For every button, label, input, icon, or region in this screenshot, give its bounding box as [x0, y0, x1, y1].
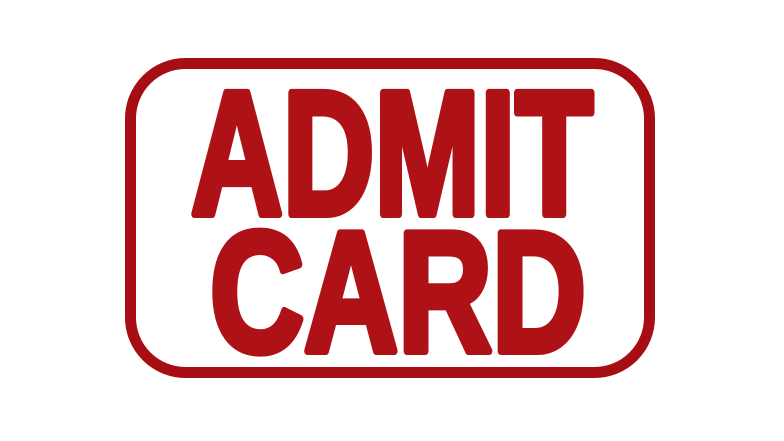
admit-card-graphic: ADMIT CARD: [0, 0, 784, 441]
admit-card-stamp: ADMIT CARD: [0, 0, 784, 441]
stamp-line-card: CARD: [210, 197, 586, 388]
